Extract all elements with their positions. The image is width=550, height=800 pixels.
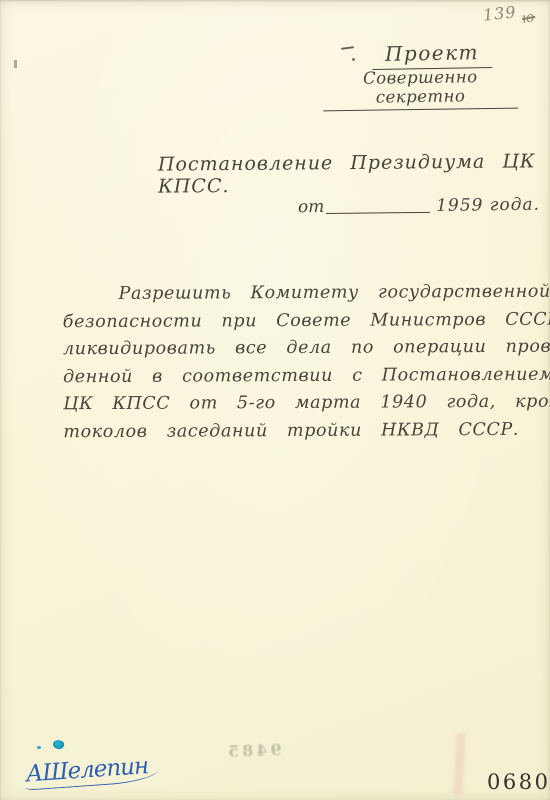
document-title: Постановление Президиума ЦК КПСС. [158, 150, 538, 197]
archive-page-number: 0680 [487, 770, 550, 794]
struck-out-mark: ю [521, 9, 537, 27]
body-line: безопасности при Совете Министров СССР [63, 306, 525, 336]
draft-label: Проект [372, 40, 492, 70]
ink-blot [52, 738, 65, 750]
date-blank-underline [326, 211, 430, 214]
page-number-pencil: 139 [482, 2, 517, 24]
pink-smudge [453, 733, 465, 795]
secrecy-label: Совершенно секретно [323, 67, 519, 112]
body-line: денной в соответствии с Постановлением [63, 361, 525, 391]
body-line: Разрешить Комитету государственной [63, 279, 525, 309]
paper-speck [14, 60, 17, 68]
ink-dot [37, 746, 41, 749]
date-line: от 1959 года. [298, 195, 540, 218]
document-page: 139 ю Проект Совершенно секретно Постано… [0, 0, 550, 800]
date-prefix: от [298, 197, 327, 217]
body-line: токолов заседаний тройки НКВД СССР. [63, 416, 525, 446]
resolution-body: Разрешить Комитету государственной безоп… [63, 279, 526, 446]
stray-pencil-dot [352, 58, 355, 61]
body-line: ликвидировать все дела по операции прове… [63, 334, 525, 364]
stray-pencil-dash [341, 46, 354, 50]
date-year: 1959 года. [436, 195, 540, 216]
bleedthrough-stamp-number: 9485 [225, 740, 282, 761]
body-line: ЦК КПСС от 5-го марта 1940 года, кроме п… [63, 389, 525, 419]
shelepin-signature: АШелепин [23, 752, 159, 790]
